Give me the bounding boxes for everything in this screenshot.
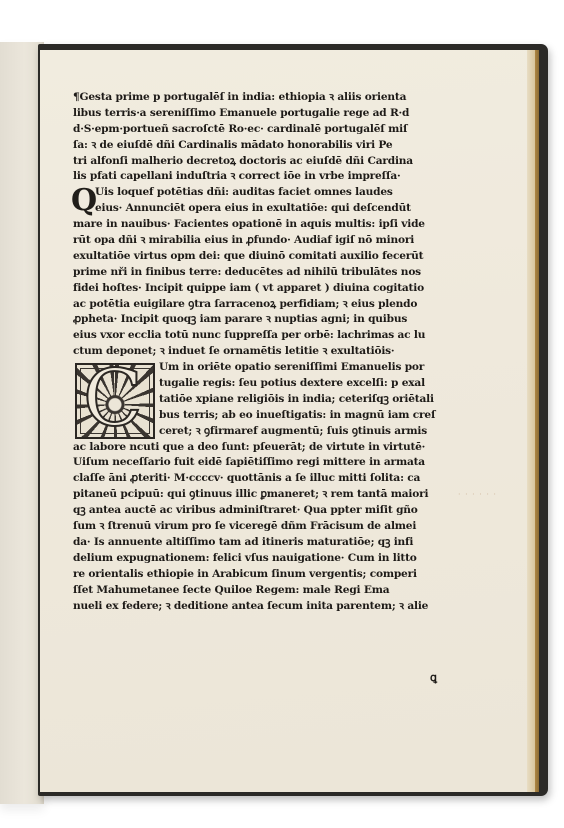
text-line: fidei hoſtes· Incipit quippe iam ( vt ap… bbox=[73, 281, 443, 297]
text-line: d·S·epm·portueñ sacroſctē Ro·ec· cardina… bbox=[73, 122, 443, 138]
text-line: ꝓpheta· Incipit quoqꝫ iam parare ꝛ nupti… bbox=[73, 312, 443, 328]
text-line: tri alfonſi malherio decretoꝝ doctoris a… bbox=[73, 154, 443, 170]
text-line: prime nři in finibus terre: deducētes ad… bbox=[73, 265, 443, 281]
text-line: ac potētia euigilare ꝯtra ſarracenoꝝ per… bbox=[73, 297, 443, 313]
text-line: delium expugnationem: felici vſus nauiga… bbox=[73, 551, 443, 567]
text-line: da· Is annuente altiſſimo tam ad itineri… bbox=[73, 535, 443, 551]
paragraph-two: C Um in oriēte opatio sereniſſimi Emanue… bbox=[73, 360, 443, 614]
text-line: claſſe āni ꝓteriti· M·ccccv· quottānis a… bbox=[73, 471, 443, 487]
text-line: pitaneū pcipuū: qui ꝯtinuus illic ꝑmaner… bbox=[73, 487, 443, 503]
text-line: ¶Gesta prime p portugalēſ in india: ethi… bbox=[73, 90, 443, 106]
text-line: exultatiōe virtus opm dei: que diuinō co… bbox=[73, 249, 443, 265]
faint-stamp-mark: · · · · · · bbox=[458, 490, 497, 499]
title-paragraph: ¶Gesta prime p portugalēſ in india: ethi… bbox=[73, 90, 443, 185]
text-line: eius vxor ecclia totū nunc ſuppreſſa per… bbox=[73, 328, 443, 344]
drop-cap-q: Q bbox=[71, 186, 97, 216]
woodcut-initial-c-icon: C bbox=[75, 363, 155, 439]
text-line: Uiſum neceſſario fuit eidē ſapiētiſſimo … bbox=[73, 455, 443, 471]
book-page: ¶Gesta prime p portugalēſ in india: ethi… bbox=[40, 50, 527, 792]
text-line: ſum ꝛ ſtrenuū virum pro ſe viceregē dñm … bbox=[73, 519, 443, 535]
text-line: libus terris·a sereniſſimo Emanuele port… bbox=[73, 106, 443, 122]
text-line: nueli ex federe; ꝛ deditione antea ſecum… bbox=[73, 599, 443, 615]
text-line: Uis loquef potētias dñi: auditas faciet … bbox=[73, 185, 443, 201]
text-line: ſa: ꝛ de eiuſdē dñi Cardinalis mādato ho… bbox=[73, 138, 443, 154]
text-line: qꝫ antea auctē ac viribus adminiſtraret·… bbox=[73, 503, 443, 519]
woodcut-letter: C bbox=[83, 359, 142, 439]
text-line: eius· Annunciēt opera eius in exultatiōe… bbox=[73, 201, 443, 217]
printed-text-block: ¶Gesta prime p portugalēſ in india: ethi… bbox=[73, 90, 443, 614]
text-line: re orientalis ethiopie in Arabicum ſinum… bbox=[73, 567, 443, 583]
text-line: ſſet Mahumetanee ſecte Quiloe Regem: mal… bbox=[73, 583, 443, 599]
text-line: lis pfati capellani induſtria ꝛ correct … bbox=[73, 169, 443, 185]
text-line: rūt opa dñi ꝛ mirabilia eius in ꝓfundo· … bbox=[73, 233, 443, 249]
catchword: ꝗ bbox=[430, 670, 437, 686]
text-line: mare in nauibus· Facientes opationē in a… bbox=[73, 217, 443, 233]
paragraph-one: Q Uis loquef potētias dñi: auditas facie… bbox=[73, 185, 443, 360]
